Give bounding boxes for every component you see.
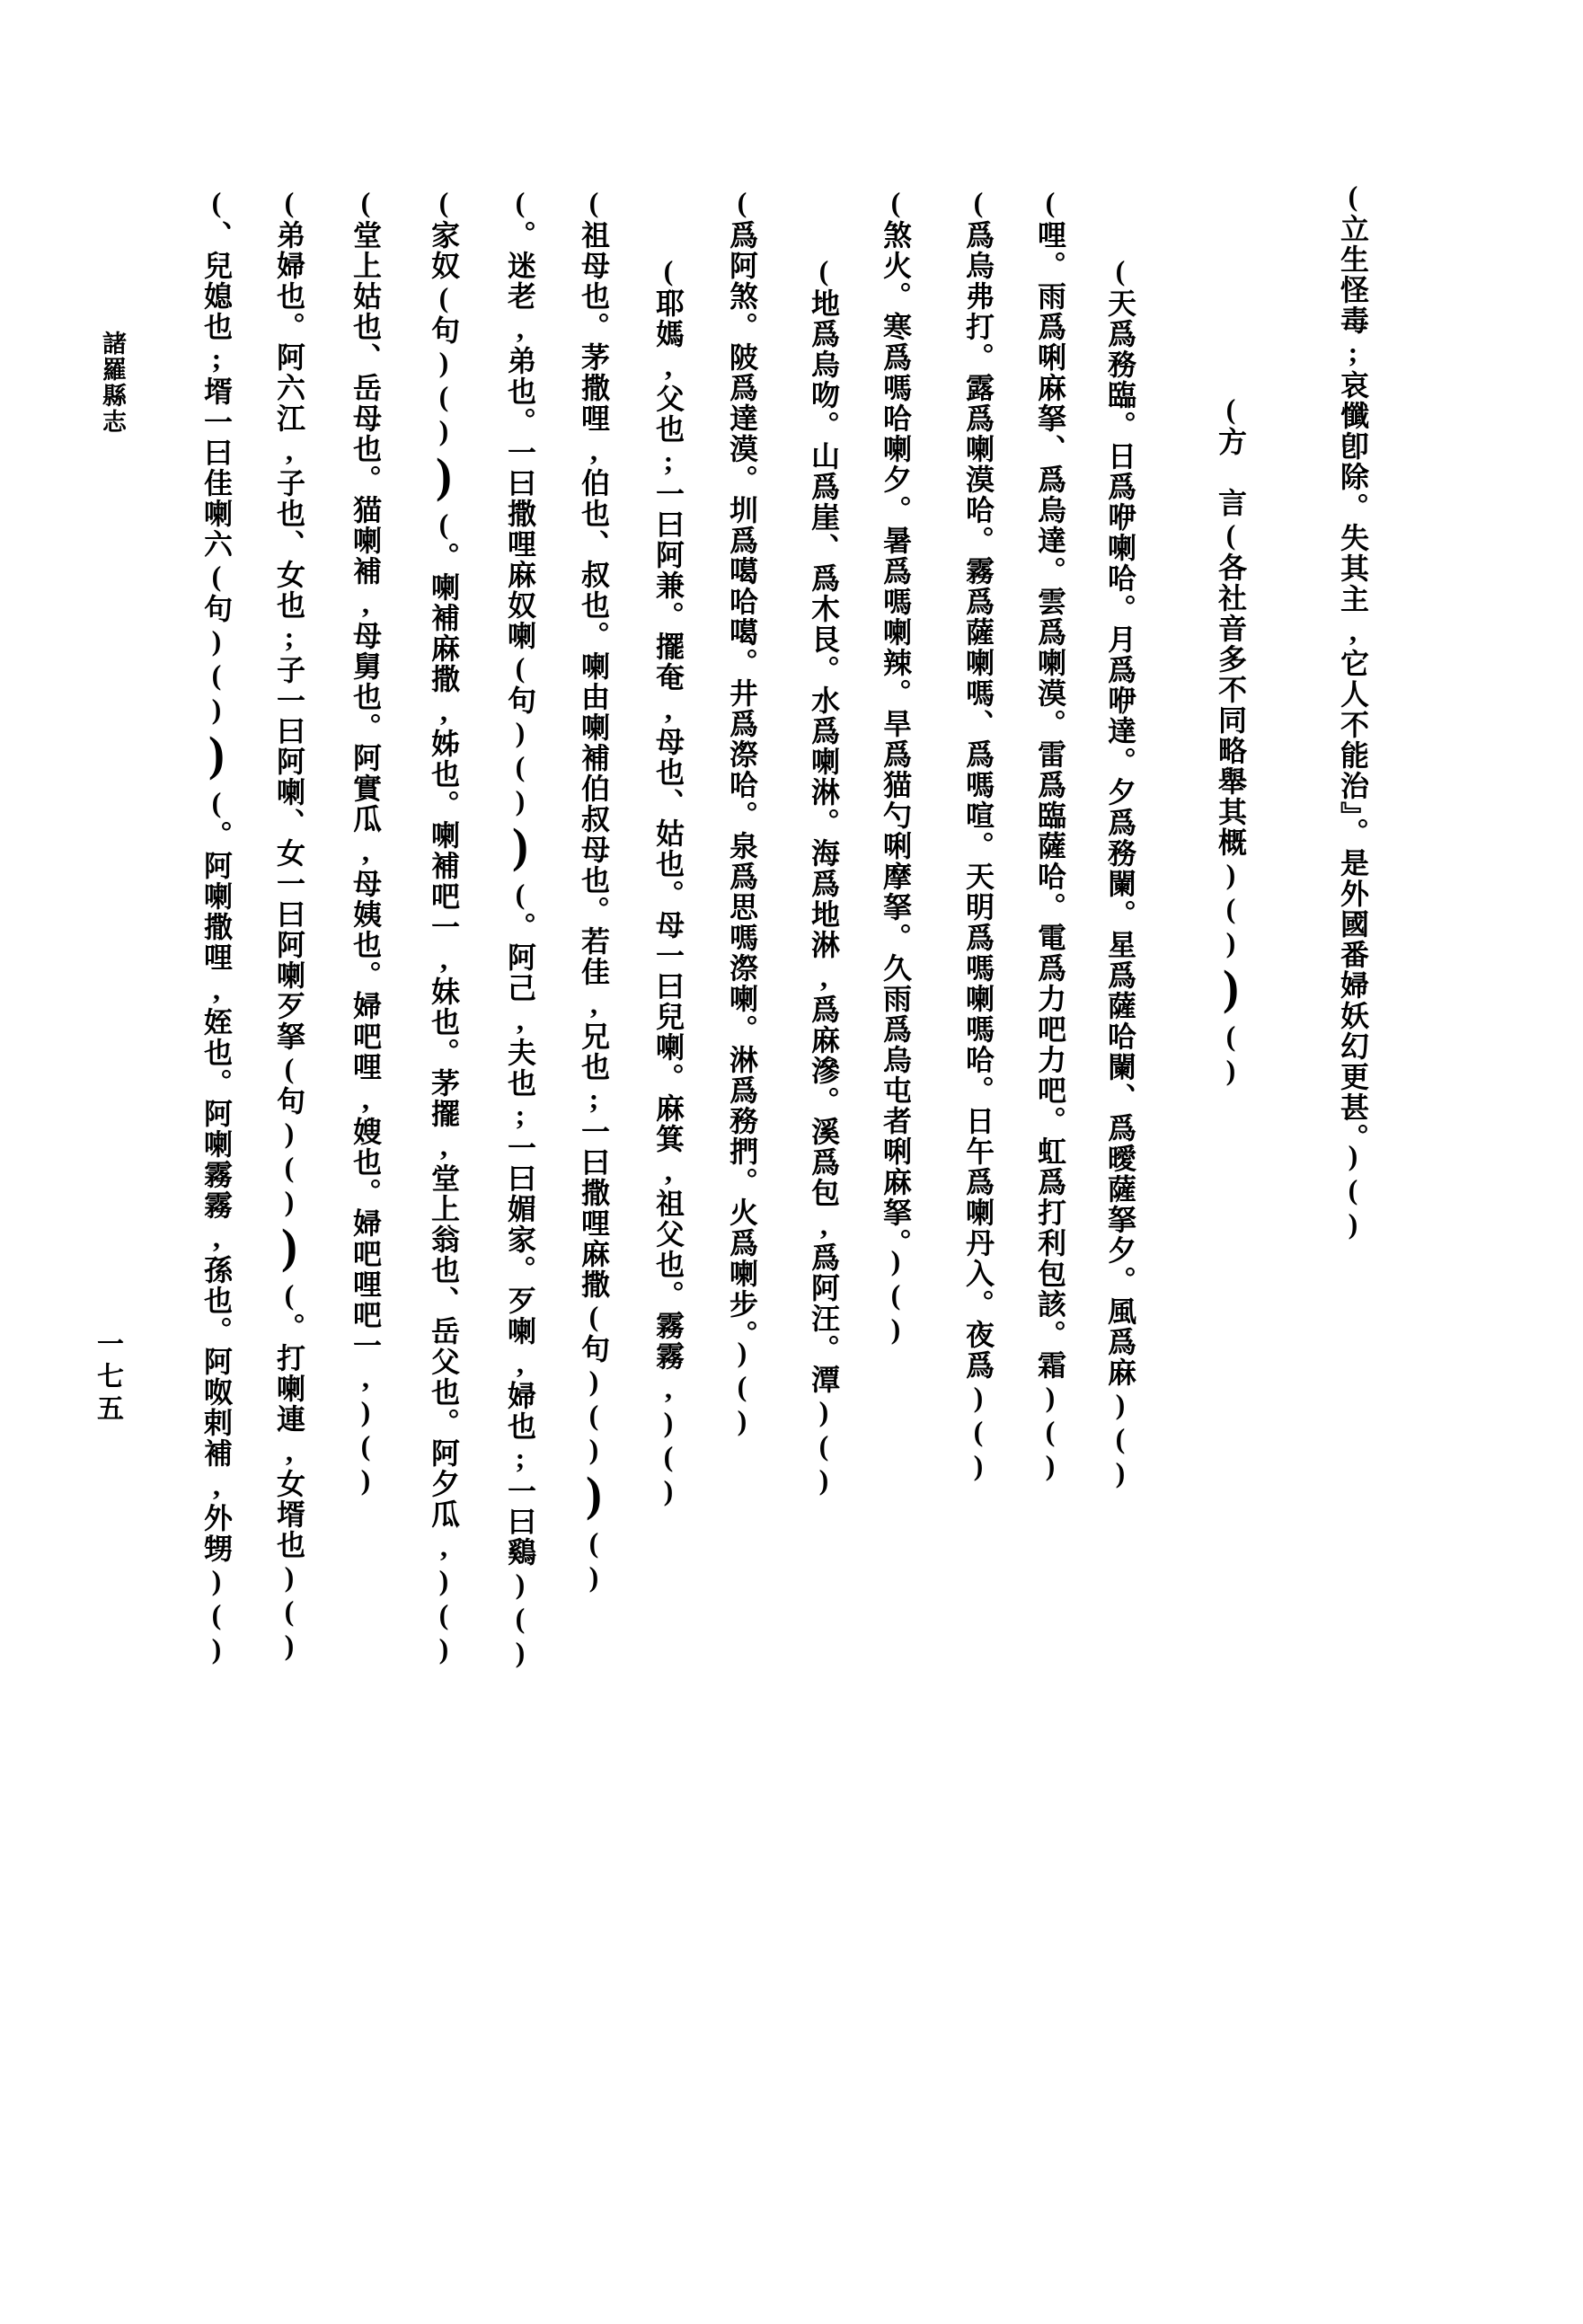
scanned-gazetteer-page: 諸羅縣志 一七五 (立生怪毒;哀懺卽除。失其主,它人不能治』。是外國番婦妖幻更甚… xyxy=(0,0,1583,2324)
interlinear-note: (方 言(各社音多不同略舉其概) xyxy=(1215,393,1247,892)
interlinear-note: (耶媽,父也;一曰阿兼。擺奄,母也、姑也。母一曰兒喇。麻箕,祖父也。霧霧,) xyxy=(652,254,685,1440)
spine-book-title: 諸羅縣志 xyxy=(90,331,135,435)
interlinear-note: () xyxy=(1104,1422,1136,1490)
body-column-nephew-grandson-terms: (、兒媳也;壻一曰佳喇六(句)())(。阿喇撒哩,姪也。阿喇霧霧,孫也。阿呶剌補… xyxy=(190,186,243,1666)
body-column-heaven-terms: (天爲務臨。日爲咿喇哈。月爲咿達。夕爲務闌。星爲薩哈闌、爲曖薩拏夕。風爲麻)() xyxy=(1094,254,1146,1490)
body-column-father-mother-terms: (耶媽,父也;一曰阿兼。擺奄,母也、姑也。母一曰兒喇。麻箕,祖父也。霧霧,)() xyxy=(642,254,694,1508)
interlinear-note: (。打喇連,女壻也) xyxy=(273,1278,305,1595)
interlinear-note: () xyxy=(880,1278,912,1347)
interlinear-note: (爲阿煞。陂爲達漠。圳爲噶哈噶。井爲漈哈。泉爲思嗎漈喇。淋爲務捫。火爲喇步。) xyxy=(726,186,758,1370)
interlinear-note: () xyxy=(1215,1020,1247,1088)
interlinear-note: (立生怪毒;哀懺卽除。失其主,它人不能治』。是外國番婦妖幻更甚。) xyxy=(1337,180,1369,1173)
interlinear-note: (爲烏弗打。露爲喇漠哈。霧爲薩喇嗎、爲嗎喧。天明爲嗎喇嗎哈。日午爲喇丹入。夜爲) xyxy=(962,186,995,1415)
body-column-brother-husband-terms: (。迷老,弟也。一曰撒哩麻奴喇(句)())(。阿己,夫也;一曰媚家。歹喇,婦也;… xyxy=(494,186,546,1670)
folio-page-number: 一七五 xyxy=(86,1330,128,1427)
interlinear-note: (。迷老,弟也。一曰撒哩麻奴喇(句) xyxy=(504,186,536,750)
interlinear-note: () xyxy=(808,1429,840,1498)
body-column-earth-water-terms: (地爲烏吻。山爲崖、爲木艮。水爲喇淋。海爲地淋,爲麻滲。溪爲包,爲阿汪。潭)() xyxy=(798,254,850,1498)
section-heading-column-fangyan: (方 言(各社音多不同略舉其概)())() xyxy=(1205,393,1257,1088)
interlinear-note: (地爲烏吻。山爲崖、爲木艮。水爲喇淋。海爲地淋,爲麻滲。溪爲包,爲阿汪。潭) xyxy=(808,254,840,1429)
interlinear-note: () xyxy=(504,750,536,818)
interlinear-note: () xyxy=(504,1602,536,1670)
interlinear-note: (煞火。寒爲嗎哈喇夕。暑爲嗎喇辣。旱爲猫勺唎摩拏。久雨爲烏屯者唎麻拏。) xyxy=(880,186,912,1278)
interlinear-note: (天爲務臨。日爲咿喇哈。月爲咿達。夕爲務闌。星爲薩哈闌、爲曖薩拏夕。風爲麻) xyxy=(1104,254,1136,1422)
interlinear-note: (祖母也。茅撒哩,伯也、叔也。喇由喇補伯叔母也。若佳,兄也;一曰撒哩麻撒(句) xyxy=(578,186,610,1399)
interlinear-note: () xyxy=(428,380,460,448)
interlinear-note: () xyxy=(578,1526,610,1595)
interlinear-note: () xyxy=(652,1440,685,1508)
interlinear-note: () xyxy=(273,1151,305,1219)
interlinear-note: () xyxy=(726,1370,758,1438)
interlinear-note: () xyxy=(428,1598,460,1666)
body-column-aunt-sisterinlaw-terms: (堂上姑也、岳母也。猫喇補,母舅也。阿實瓜,母姨也。婦吧哩,嫂也。婦吧哩吧一,)… xyxy=(340,186,392,1498)
body-column-children-soninlaw-terms: (弟婦也。阿六江,子也、女也;子一曰阿喇、女一曰阿喇歹拏(句)())(。打喇連,… xyxy=(263,186,315,1663)
interlinear-note: () xyxy=(962,1415,995,1483)
previous-section-closing-column: (立生怪毒;哀懺卽除。失其主,它人不能治』。是外國番婦妖幻更甚。)() xyxy=(1327,180,1379,1242)
body-column-dew-fog-terms: (爲烏弗打。露爲喇漠哈。霧爲薩喇嗎、爲嗎喧。天明爲嗎喇嗎哈。日午爲喇丹入。夜爲)… xyxy=(952,186,1004,1483)
body-column-cold-heat-terms: (煞火。寒爲嗎哈喇夕。暑爲嗎喇辣。旱爲猫勺唎摩拏。久雨爲烏屯者唎麻拏。)() xyxy=(870,186,922,1347)
interlinear-note: () xyxy=(273,1595,305,1663)
interlinear-note: (。阿己,夫也;一曰媚家。歹喇,婦也;一曰鷄) xyxy=(504,878,536,1602)
interlinear-note: (、兒媳也;壻一曰佳喇六(句) xyxy=(200,186,233,658)
interlinear-note: () xyxy=(349,1429,382,1498)
interlinear-note: () xyxy=(1337,1173,1369,1242)
interlinear-note: () xyxy=(200,1598,233,1666)
interlinear-note: () xyxy=(1215,892,1247,960)
interlinear-note: (。喇補麻撒,姊也。喇補吧一,妹也。茅擺,堂上翁也、岳父也。阿夕瓜,) xyxy=(428,508,460,1598)
interlinear-note: (。阿喇撒哩,姪也。阿喇霧霧,孫也。阿呶剌補,外甥) xyxy=(200,786,233,1598)
body-column-grandmother-uncle-terms: (祖母也。茅撒哩,伯也、叔也。喇由喇補伯叔母也。若佳,兄也;一曰撒哩麻撒(句)(… xyxy=(568,186,620,1595)
interlinear-note: (堂上姑也、岳母也。猫喇補,母舅也。阿實瓜,母姨也。婦吧哩,嫂也。婦吧哩吧一,) xyxy=(349,186,382,1429)
body-column-sister-inlaw-terms: (家奴(句)())(。喇補麻撒,姊也。喇補吧一,妹也。茅擺,堂上翁也、岳父也。阿… xyxy=(418,186,470,1666)
interlinear-note: (家奴(句) xyxy=(428,186,460,380)
body-column-pond-well-terms: (爲阿煞。陂爲達漠。圳爲噶哈噶。井爲漈哈。泉爲思嗎漈喇。淋爲務捫。火爲喇步。)(… xyxy=(716,186,768,1438)
body-column-rain-cloud-terms: (哩。雨爲唎麻拏、爲烏達。雲爲喇漠。雷爲臨薩哈。電爲力吧力吧。虹爲打利包該。霜)… xyxy=(1024,186,1076,1483)
interlinear-note: (哩。雨爲唎麻拏、爲烏達。雲爲喇漠。雷爲臨薩哈。電爲力吧力吧。虹爲打利包該。霜) xyxy=(1034,186,1066,1415)
interlinear-note: (弟婦也。阿六江,子也、女也;子一曰阿喇、女一曰阿喇歹拏(句) xyxy=(273,186,305,1151)
interlinear-note: () xyxy=(200,658,233,727)
interlinear-note: () xyxy=(1034,1415,1066,1483)
interlinear-note: () xyxy=(578,1399,610,1467)
